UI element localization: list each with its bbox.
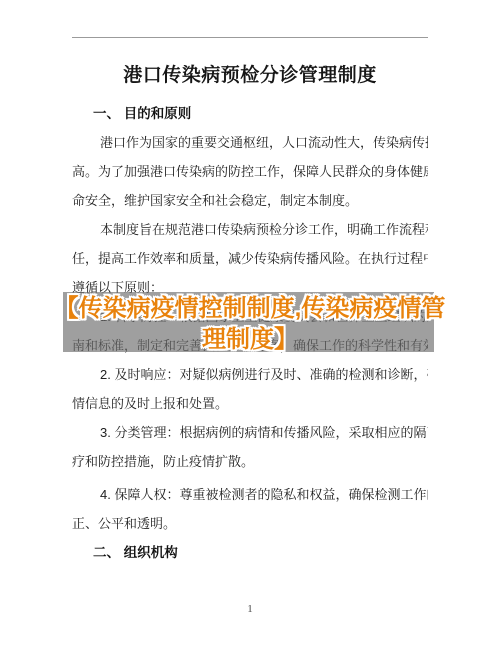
section-heading-purpose: 一、 目的和原则 — [72, 99, 428, 128]
watermark-title: 【传染病疫情控制制度,传染病疫情管 理制度】 — [40, 293, 460, 355]
doc-line-principle-3: 3. 分类管理：根据病例的病情和传播风险，采取相应的隔离、治 — [72, 418, 428, 447]
doc-line: 命安全，维护国家安全和社会稳定，制定本制度。 — [72, 186, 428, 215]
doc-line-principle-2: 2. 及时响应：对疑似病例进行及时、准确的检测和诊断，确保疫 — [72, 360, 428, 389]
page-number: 1 — [0, 603, 500, 615]
header-divider — [72, 37, 428, 38]
doc-line: 情信息的及时上报和处置。 — [72, 389, 428, 418]
doc-line: 疗和防控措施，防止疫情扩散。 — [72, 447, 428, 476]
doc-line: 本制度旨在规范港口传染病预检分诊工作，明确工作流程和责 — [72, 215, 428, 244]
document-page: { "page": { "title": "港口传染病预检分诊管理制度", "p… — [0, 0, 500, 647]
doc-line: 高。为了加强港口传染病的防控工作，保障人民群众的身体健康和生 — [72, 157, 428, 186]
page-background: 港口传染病预检分诊管理制度 一、 目的和原则 港口作为国家的重要交通枢纽，人口流… — [0, 0, 500, 647]
doc-line-principle-4: 4. 保障人权：尊重被检测者的隐私和权益，确保检测工作的公 — [72, 480, 428, 509]
watermark-title-line-2: 理制度】 — [40, 324, 460, 355]
section-heading-organization: 二、 组织机构 — [72, 538, 428, 567]
doc-line: 任，提高工作效率和质量，减少传染病传播风险。在执行过程中，应 — [72, 244, 428, 273]
doc-line: 港口作为国家的重要交通枢纽，人口流动性大，传染病传播风险 — [72, 128, 428, 157]
doc-line: 正、公平和透明。 — [72, 509, 428, 538]
watermark-title-line-1: 【传染病疫情控制制度,传染病疫情管 — [40, 293, 460, 324]
document-title: 港口传染病预检分诊管理制度 — [0, 60, 500, 87]
